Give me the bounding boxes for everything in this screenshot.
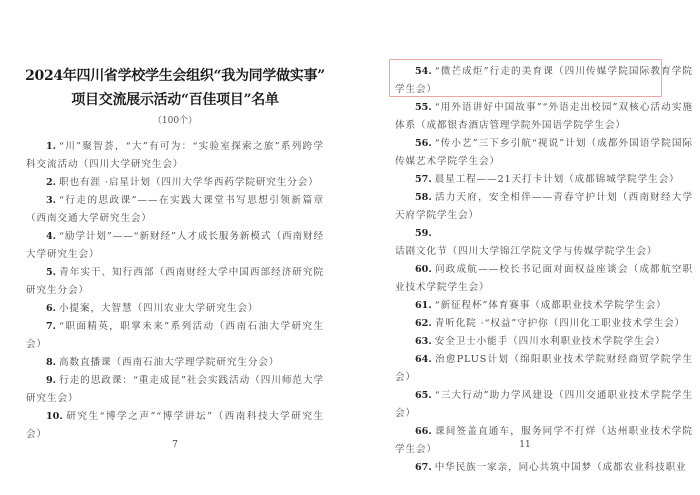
item-text: 青年实干、知行西部（西南财经大学中国西部经济研究院研究生分会）	[26, 267, 324, 296]
item-text: 活力天府，安全相伴——青春守护计划（西南财经大学天府学院学生会）	[395, 192, 693, 221]
list-item: 55.“用外语讲好中国故事”“外语走出校园”双核心活动实施体系（成都银杏酒店管理…	[395, 99, 693, 135]
item-number: 3.	[46, 195, 56, 206]
item-number: 56.	[415, 138, 432, 149]
item-number: 64.	[415, 354, 432, 365]
item-text: “川”聚智荟，“大”有可为：“实验室探索之旅”系列跨学科交流活动（四川大学研究生…	[26, 141, 324, 170]
item-number: 9.	[46, 375, 56, 386]
page-number: 7	[155, 440, 195, 450]
list-item: 63.安全卫士小能手（四川水利职业技术学院学生会）	[395, 333, 693, 351]
item-number: 60.	[415, 264, 432, 275]
list-item: 6.小提案，大智慧（四川农业大学研究生会）	[26, 300, 324, 318]
list-item: 64.治愈PLUS计划（绵阳职业技术学院财经商贸学院学生会）	[395, 351, 693, 387]
item-number: 6.	[46, 303, 56, 314]
list-item: 8.高数直播课（西南石油大学理学院研究生分会）	[26, 354, 324, 372]
item-number: 66.	[415, 426, 432, 437]
item-number: 65.	[415, 390, 432, 401]
document-subtitle-count: （100个）	[0, 113, 350, 126]
list-item: 59.话剧文化节（四川大学锦江学院文学与传媒学院学生会）	[395, 225, 693, 261]
list-item: 1.“川”聚智荟，“大”有可为：“实验室探索之旅”系列跨学科交流活动（四川大学研…	[26, 138, 324, 174]
item-number: 61.	[415, 300, 432, 311]
item-text: 青听化院 ·“权益”守护你（四川化工职业技术学生会）	[435, 318, 685, 329]
list-item: 57.晨星工程——21天打卡计划（成都锦城学院学生会）	[395, 171, 693, 189]
list-item: 9.行走的思政课：“重走成昆”社会实践活动（四川师范大学研究生会）	[26, 372, 324, 408]
item-text: 高数直播课（西南石油大学理学院研究生分会）	[59, 357, 279, 368]
list-item: 58.活力天府，安全相伴——青春守护计划（西南财经大学天府学院学生会）	[395, 189, 693, 225]
item-number: 62.	[415, 318, 432, 329]
item-number: 57.	[415, 174, 432, 185]
item-number: 58.	[415, 192, 432, 203]
item-number: 4.	[46, 231, 56, 242]
list-item: 67.中华民族一家亲，同心共筑中国梦（成都农业科技职业	[395, 459, 693, 477]
item-text: 小提案，大智慧（四川农业大学研究生会）	[59, 303, 258, 314]
item-text: “用外语讲好中国故事”“外语走出校园”双核心活动实施体系（成都银杏酒店管理学院外…	[395, 102, 693, 131]
list-item: 62.青听化院 ·“权益”守护你（四川化工职业技术学生会）	[395, 315, 693, 333]
item-number: 5.	[46, 267, 56, 278]
item-text: “微芒成炬”行走的美育课（四川传媒学院国际教育学院学生会）	[395, 66, 693, 95]
list-item-highlighted: 54.“微芒成炬”行走的美育课（四川传媒学院国际教育学院学生会）	[395, 63, 693, 99]
document-title-line-1: 2024年四川省学校学生会组织“我为同学做实事”	[0, 65, 350, 85]
item-text: 晨星工程——21天打卡计划（成都锦城学院学生会）	[435, 174, 680, 185]
item-number: 54.	[415, 66, 432, 77]
list-item: 7.“职面精英，职掌未来”系列活动（西南石油大学研究生会）	[26, 318, 324, 354]
list-item: 61.“新征程杯”体育赛事（成都职业技术学院学生会）	[395, 297, 693, 315]
list-item: 5.青年实干、知行西部（西南财经大学中国西部经济研究院研究生分会）	[26, 264, 324, 300]
document-title-line-2: 项目交流展示活动“百佳项目”名单	[0, 89, 350, 109]
item-number: 8.	[46, 357, 56, 368]
list-item: 60.问政成航——校长书记面对面权益座谈会（成都航空职业技术学院学生会）	[395, 261, 693, 297]
list-item: 56.“传小艺”三下乡引航“视说”计划（成都外国语学院国际传媒艺术学院学生会）	[395, 135, 693, 171]
item-number: 7.	[46, 321, 56, 332]
item-text: 话剧文化节（四川大学锦江学院文学与传媒学院学生会）	[395, 246, 657, 257]
item-text: “励学计划”——“新财经”人才成长服务新模式（西南财经大学研究生会）	[26, 231, 324, 260]
item-number: 2.	[46, 177, 56, 188]
item-number: 63.	[415, 336, 432, 347]
item-text: 安全卫士小能手（四川水利职业技术学院学生会）	[435, 336, 666, 347]
item-number: 10.	[46, 411, 63, 422]
left-page: 2024年四川省学校学生会组织“我为同学做实事” 项目交流展示活动“百佳项目”名…	[0, 0, 350, 495]
item-text: 治愈PLUS计划（绵阳职业技术学院财经商贸学院学生会）	[395, 354, 693, 383]
project-list-right: 54.“微芒成炬”行走的美育课（四川传媒学院国际教育学院学生会） 55.“用外语…	[395, 63, 693, 477]
item-text: “职面精英，职掌未来”系列活动（西南石油大学研究生会）	[26, 321, 324, 350]
item-text: 行走的思政课：“重走成昆”社会实践活动（四川师范大学研究生会）	[26, 375, 324, 404]
list-item: 3.“行走的思政课”——在实践大课堂书写思想引领新篇章（西南交通大学研究生会）	[26, 192, 324, 228]
list-item: 4.“励学计划”——“新财经”人才成长服务新模式（西南财经大学研究生会）	[26, 228, 324, 264]
item-number: 55.	[415, 102, 432, 113]
item-text: “三大行动”助力学风建设（四川交通职业技术学院学生会）	[395, 390, 693, 419]
page-number: 11	[505, 440, 545, 450]
item-text: “新征程杯”体育赛事（成都职业技术学院学生会）	[435, 300, 667, 311]
item-text: 研究生“博学之声”“博学讲坛”（西南科技大学研究生会）	[26, 411, 324, 440]
item-text: “传小艺”三下乡引航“视说”计划（成都外国语学院国际传媒艺术学院学生会）	[395, 138, 693, 167]
right-page: 54.“微芒成炬”行走的美育课（四川传媒学院国际教育学院学生会） 55.“用外语…	[350, 0, 700, 495]
item-text: 问政成航——校长书记面对面权益座谈会（成都航空职业技术学院学生会）	[395, 264, 693, 293]
project-list-left: 1.“川”聚智荟，“大”有可为：“实验室探索之旅”系列跨学科交流活动（四川大学研…	[26, 138, 324, 444]
item-text: “行走的思政课”——在实践大课堂书写思想引领新篇章（西南交通大学研究生会）	[26, 195, 324, 224]
item-text: 职也有涯 ·启星计划（四川大学华西药学院研究生分会）	[59, 177, 319, 188]
list-item: 65.“三大行动”助力学风建设（四川交通职业技术学院学生会）	[395, 387, 693, 423]
item-text: 中华民族一家亲，同心共筑中国梦（成都农业科技职业	[435, 462, 687, 473]
list-item: 10.研究生“博学之声”“博学讲坛”（西南科技大学研究生会）	[26, 408, 324, 444]
item-number: 67.	[415, 462, 432, 473]
item-number: 1.	[46, 141, 56, 152]
item-number: 59.	[415, 228, 432, 239]
list-item: 2.职也有涯 ·启星计划（四川大学华西药学院研究生分会）	[26, 174, 324, 192]
